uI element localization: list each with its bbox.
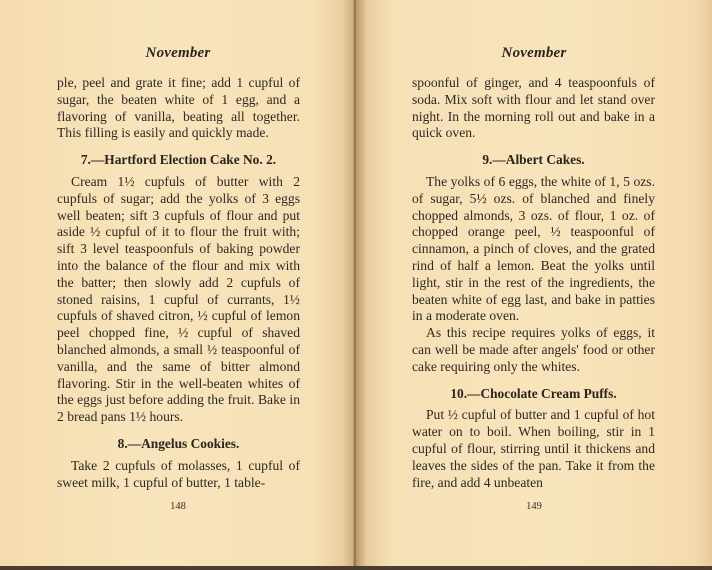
left-page: November ple, peel and grate it fine; ad…	[0, 0, 356, 566]
recipe-body-angelus-cookies: Take 2 cupfuls of molasses, 1 cupful of …	[57, 458, 300, 492]
bottom-edge	[0, 566, 712, 570]
recipe-body-hartford-election-cake: Cream 1½ cupfuls of butter with 2 cupful…	[57, 174, 300, 426]
book-spread: November ple, peel and grate it fine; ad…	[0, 0, 712, 566]
continued-paragraph: ple, peel and grate it fine; add 1 cupfu…	[57, 75, 300, 142]
right-page-text: spoonful of ginger, and 4 teaspoonfuls o…	[412, 75, 655, 491]
recipe-title-albert-cakes: 9.—Albert Cakes.	[412, 152, 655, 169]
book-gutter	[353, 0, 357, 566]
left-page-text: ple, peel and grate it fine; add 1 cupfu…	[57, 75, 300, 491]
right-page: November spoonful of ginger, and 4 teasp…	[356, 0, 712, 566]
running-head: November	[0, 45, 356, 62]
recipe-title-angelus-cookies: 8.—Angelus Cookies.	[57, 436, 300, 453]
recipe-body-chocolate-cream-puffs: Put ½ cupful of butter and 1 cupful of h…	[412, 407, 655, 491]
running-head: November	[356, 45, 712, 62]
page-number: 148	[0, 501, 356, 512]
recipe-title-hartford-election-cake: 7.—Hartford Election Cake No. 2.	[57, 152, 300, 169]
continued-paragraph: spoonful of ginger, and 4 teaspoonfuls o…	[412, 75, 655, 142]
page-number: 149	[356, 501, 712, 512]
recipe-body-albert-cakes: The yolks of 6 eggs, the white of 1, 5 o…	[412, 174, 655, 325]
recipe-note-albert-cakes: As this recipe requires yolks of eggs, i…	[412, 325, 655, 375]
recipe-title-chocolate-cream-puffs: 10.—Chocolate Cream Puffs.	[412, 386, 655, 403]
